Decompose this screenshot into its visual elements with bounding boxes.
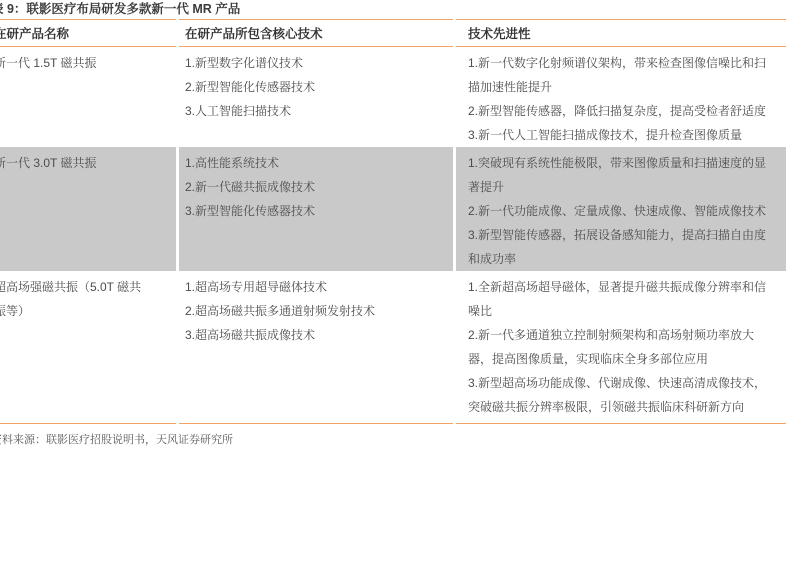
product-name-cell: 新一代 3.0T 磁共振 [0, 147, 176, 271]
tech-item: 1.高性能系统技术 [185, 151, 445, 175]
table-header-row: 在研产品名称 在研产品所包含核心技术 技术先进性 [0, 19, 786, 47]
advantage-item: 3.新型智能传感器，拓展设备感知能力，提高扫描自由度和成功率 [468, 223, 768, 271]
product-name-cell: 新一代 1.5T 磁共振 [0, 47, 176, 147]
advantage-item: 2.新一代功能成像、定量成像、快速成像、智能成像技术 [468, 199, 768, 223]
advantage-item: 1.新一代数字化射频谱仪架构，带来检查图像信噪比和扫描加速性能提升 [468, 51, 768, 99]
product-name-cell: 超高场强磁共振（5.0T 磁共振等） [0, 271, 176, 424]
tech-item: 2.新型智能化传感器技术 [185, 75, 445, 99]
advantage-item: 2.新型智能传感器，降低扫描复杂度，提高受检者舒适度 [468, 99, 768, 123]
mr-products-table: 在研产品名称 在研产品所包含核心技术 技术先进性 新一代 1.5T 磁共振 1.… [0, 19, 786, 424]
product-name: 新一代 3.0T 磁共振 [0, 151, 152, 175]
core-tech-cell: 1.超高场专用超导磁体技术 2.超高场磁共振多通道射频发射技术 3.超高场磁共振… [179, 271, 453, 424]
col-header-product-name: 在研产品名称 [0, 19, 176, 47]
core-tech-cell: 1.高性能系统技术 2.新一代磁共振成像技术 3.新型智能化传感器技术 [179, 147, 453, 271]
col-header-core-tech: 在研产品所包含核心技术 [179, 19, 453, 47]
table-row-3.0t: 新一代 3.0T 磁共振 1.高性能系统技术 2.新一代磁共振成像技术 3.新型… [0, 147, 786, 271]
advancement-cell: 1.全新超高场超导磁体，显著提升磁共振成像分辨率和信噪比 2.新一代多通道独立控… [456, 271, 786, 424]
core-tech-cell: 1.新型数字化谱仪技术 2.新型智能化传感器技术 3.人工智能扫描技术 [179, 47, 453, 147]
product-name: 超高场强磁共振（5.0T 磁共振等） [0, 275, 152, 323]
research-report-table-page: 表 9：联影医疗布局研发多款新一代 MR 产品 在研产品名称 在研产品所包含核心… [0, 0, 786, 447]
tech-item: 3.人工智能扫描技术 [185, 99, 445, 123]
advancement-cell: 1.新一代数字化射频谱仪架构，带来检查图像信噪比和扫描加速性能提升 2.新型智能… [456, 47, 786, 147]
tech-item: 2.超高场磁共振多通道射频发射技术 [185, 299, 445, 323]
product-name: 新一代 1.5T 磁共振 [0, 51, 152, 75]
tech-item: 2.新一代磁共振成像技术 [185, 175, 445, 199]
advancement-cell: 1.突破现有系统性能极限，带来图像质量和扫描速度的显著提升 2.新一代功能成像、… [456, 147, 786, 271]
tech-item: 1.新型数字化谱仪技术 [185, 51, 445, 75]
advantage-item: 3.新一代人工智能扫描成像技术，提升检查图像质量 [468, 123, 768, 147]
tech-item: 3.新型智能化传感器技术 [185, 199, 445, 223]
advantage-item: 1.突破现有系统性能极限，带来图像质量和扫描速度的显著提升 [468, 151, 768, 199]
advantage-item: 2.新一代多通道独立控制射频架构和高场射频功率放大器，提高图像质量，实现临床全身… [468, 323, 768, 371]
table-title: 表 9：联影医疗布局研发多款新一代 MR 产品 [0, 0, 786, 19]
advantage-item: 3.新型超高场功能成像、代谢成像、快速高清成像技术，突破磁共振分辨率极限，引领磁… [468, 371, 768, 419]
tech-item: 3.超高场磁共振成像技术 [185, 323, 445, 347]
source-note: 资料来源：联影医疗招股说明书，天风证券研究所 [0, 433, 786, 447]
advantage-item: 1.全新超高场超导磁体，显著提升磁共振成像分辨率和信噪比 [468, 275, 768, 323]
col-header-advancement: 技术先进性 [456, 19, 786, 47]
table-row-5.0t: 超高场强磁共振（5.0T 磁共振等） 1.超高场专用超导磁体技术 2.超高场磁共… [0, 271, 786, 424]
table-row-1.5t: 新一代 1.5T 磁共振 1.新型数字化谱仪技术 2.新型智能化传感器技术 3.… [0, 47, 786, 147]
tech-item: 1.超高场专用超导磁体技术 [185, 275, 445, 299]
